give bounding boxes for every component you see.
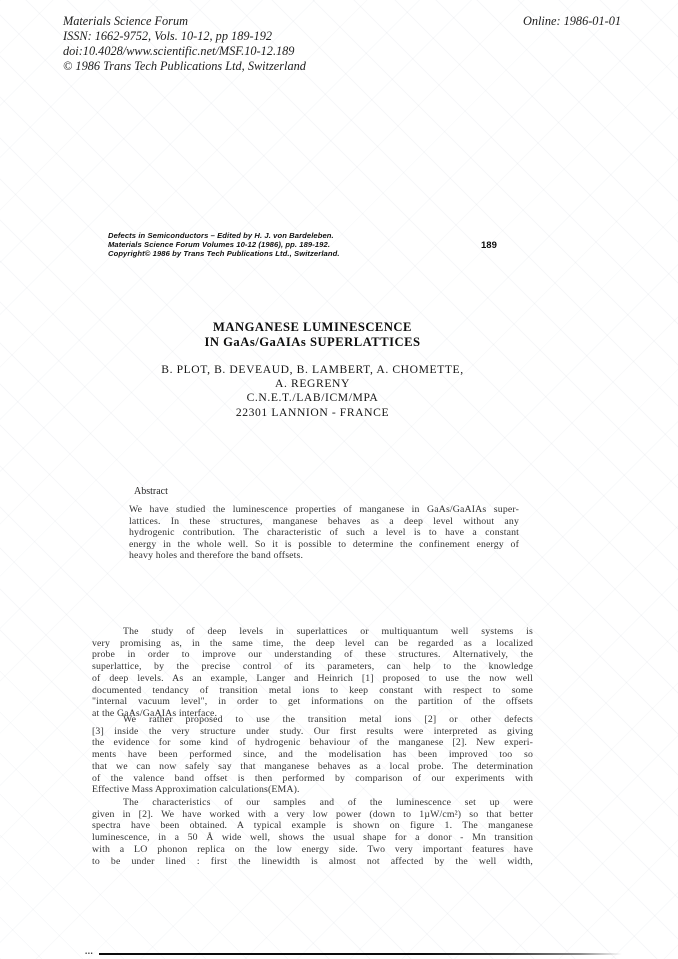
body-line: "internal vacuum level", in order to get… <box>92 696 533 708</box>
abstract-line: lattices. In these structures, manganese… <box>129 516 519 528</box>
bibliographic-header: Materials Science Forum ISSN: 1662-9752,… <box>63 14 306 74</box>
abstract-text: We have studied the luminescence propert… <box>129 504 519 562</box>
copyright-line: © 1986 Trans Tech Publications Ltd, Swit… <box>63 59 306 74</box>
citation-line-2: Materials Science Forum Volumes 10-12 (1… <box>108 240 340 249</box>
scan-artifact-dots: ... <box>85 946 93 956</box>
online-date: Online: 1986-01-01 <box>523 14 621 29</box>
scanned-paper-page: Materials Science Forum ISSN: 1662-9752,… <box>0 0 678 959</box>
citation-block: Defects in Semiconductors – Edited by H.… <box>108 231 340 258</box>
abstract-line: hydrogenic contribution. The characteris… <box>129 527 519 539</box>
body-line: to be under lined : first the linewidth … <box>92 856 533 868</box>
body-paragraph-1: The study of deep levels in superlattice… <box>92 626 533 720</box>
body-line: of the valence band offset is then perfo… <box>92 773 533 785</box>
body-line: superlattice, by the precise control of … <box>92 661 533 673</box>
address: 22301 LANNION - FRANCE <box>92 406 533 420</box>
abstract-line: We have studied the luminescence propert… <box>129 504 519 516</box>
authors-line-2: A. REGRENY <box>92 377 533 391</box>
body-line: We rather proposed to use the transition… <box>92 714 533 726</box>
body-line: [3] inside the very structure under stud… <box>92 726 533 738</box>
body-line: The study of deep levels in superlattice… <box>92 626 533 638</box>
authors-block: B. PLOT, B. DEVEAUD, B. LAMBERT, A. CHOM… <box>92 363 533 420</box>
page-number: 189 <box>481 240 497 251</box>
body-line: The characteristics of our samples and o… <box>92 797 533 809</box>
scan-artifact-rule <box>99 953 622 955</box>
authors-line-1: B. PLOT, B. DEVEAUD, B. LAMBERT, A. CHOM… <box>92 363 533 377</box>
body-paragraph-3: The characteristics of our samples and o… <box>92 797 533 867</box>
abstract-line: energy in the whole well. So it is possi… <box>129 539 519 551</box>
affiliation: C.N.E.T./LAB/ICM/MPA <box>92 391 533 405</box>
issn-line: ISSN: 1662-9752, Vols. 10-12, pp 189-192 <box>63 29 306 44</box>
body-line: probe in order to improve our understand… <box>92 649 533 661</box>
paper-title-line-2: IN GaAs/GaAIAs SUPERLATTICES <box>92 335 533 350</box>
abstract-line: heavy holes and therefore the band offse… <box>129 550 519 562</box>
body-line: the evidence for some kind of hydrogenic… <box>92 737 533 749</box>
body-line: Effective Mass Approximation calculation… <box>92 784 533 796</box>
citation-line-1: Defects in Semiconductors – Edited by H.… <box>108 231 340 240</box>
body-line: of deep levels. As an example, Langer an… <box>92 673 533 685</box>
abstract-heading: Abstract <box>134 486 168 497</box>
body-line: spectra have been obtained. A typical ex… <box>92 820 533 832</box>
body-line: documented tendancy of transition metal … <box>92 685 533 697</box>
paper-title: MANGANESE LUMINESCENCE IN GaAs/GaAIAs SU… <box>92 320 533 349</box>
paper-title-line-1: MANGANESE LUMINESCENCE <box>92 320 533 335</box>
body-line: very promising as, in the same time, the… <box>92 638 533 650</box>
body-line: ments have been performed since, and the… <box>92 749 533 761</box>
body-line: luminescence, in a 50 Å wide well, shows… <box>92 832 533 844</box>
doi-line: doi:10.4028/www.scientific.net/MSF.10-12… <box>63 44 306 59</box>
body-line: that we can now safely say that manganes… <box>92 761 533 773</box>
citation-line-3: Copyright© 1986 by Trans Tech Publicatio… <box>108 249 340 258</box>
body-paragraph-2: We rather proposed to use the transition… <box>92 714 533 796</box>
body-line: with a LO phonon replica on the low ener… <box>92 844 533 856</box>
body-line: given in [2]. We have worked with a very… <box>92 809 533 821</box>
journal-name: Materials Science Forum <box>63 14 306 29</box>
